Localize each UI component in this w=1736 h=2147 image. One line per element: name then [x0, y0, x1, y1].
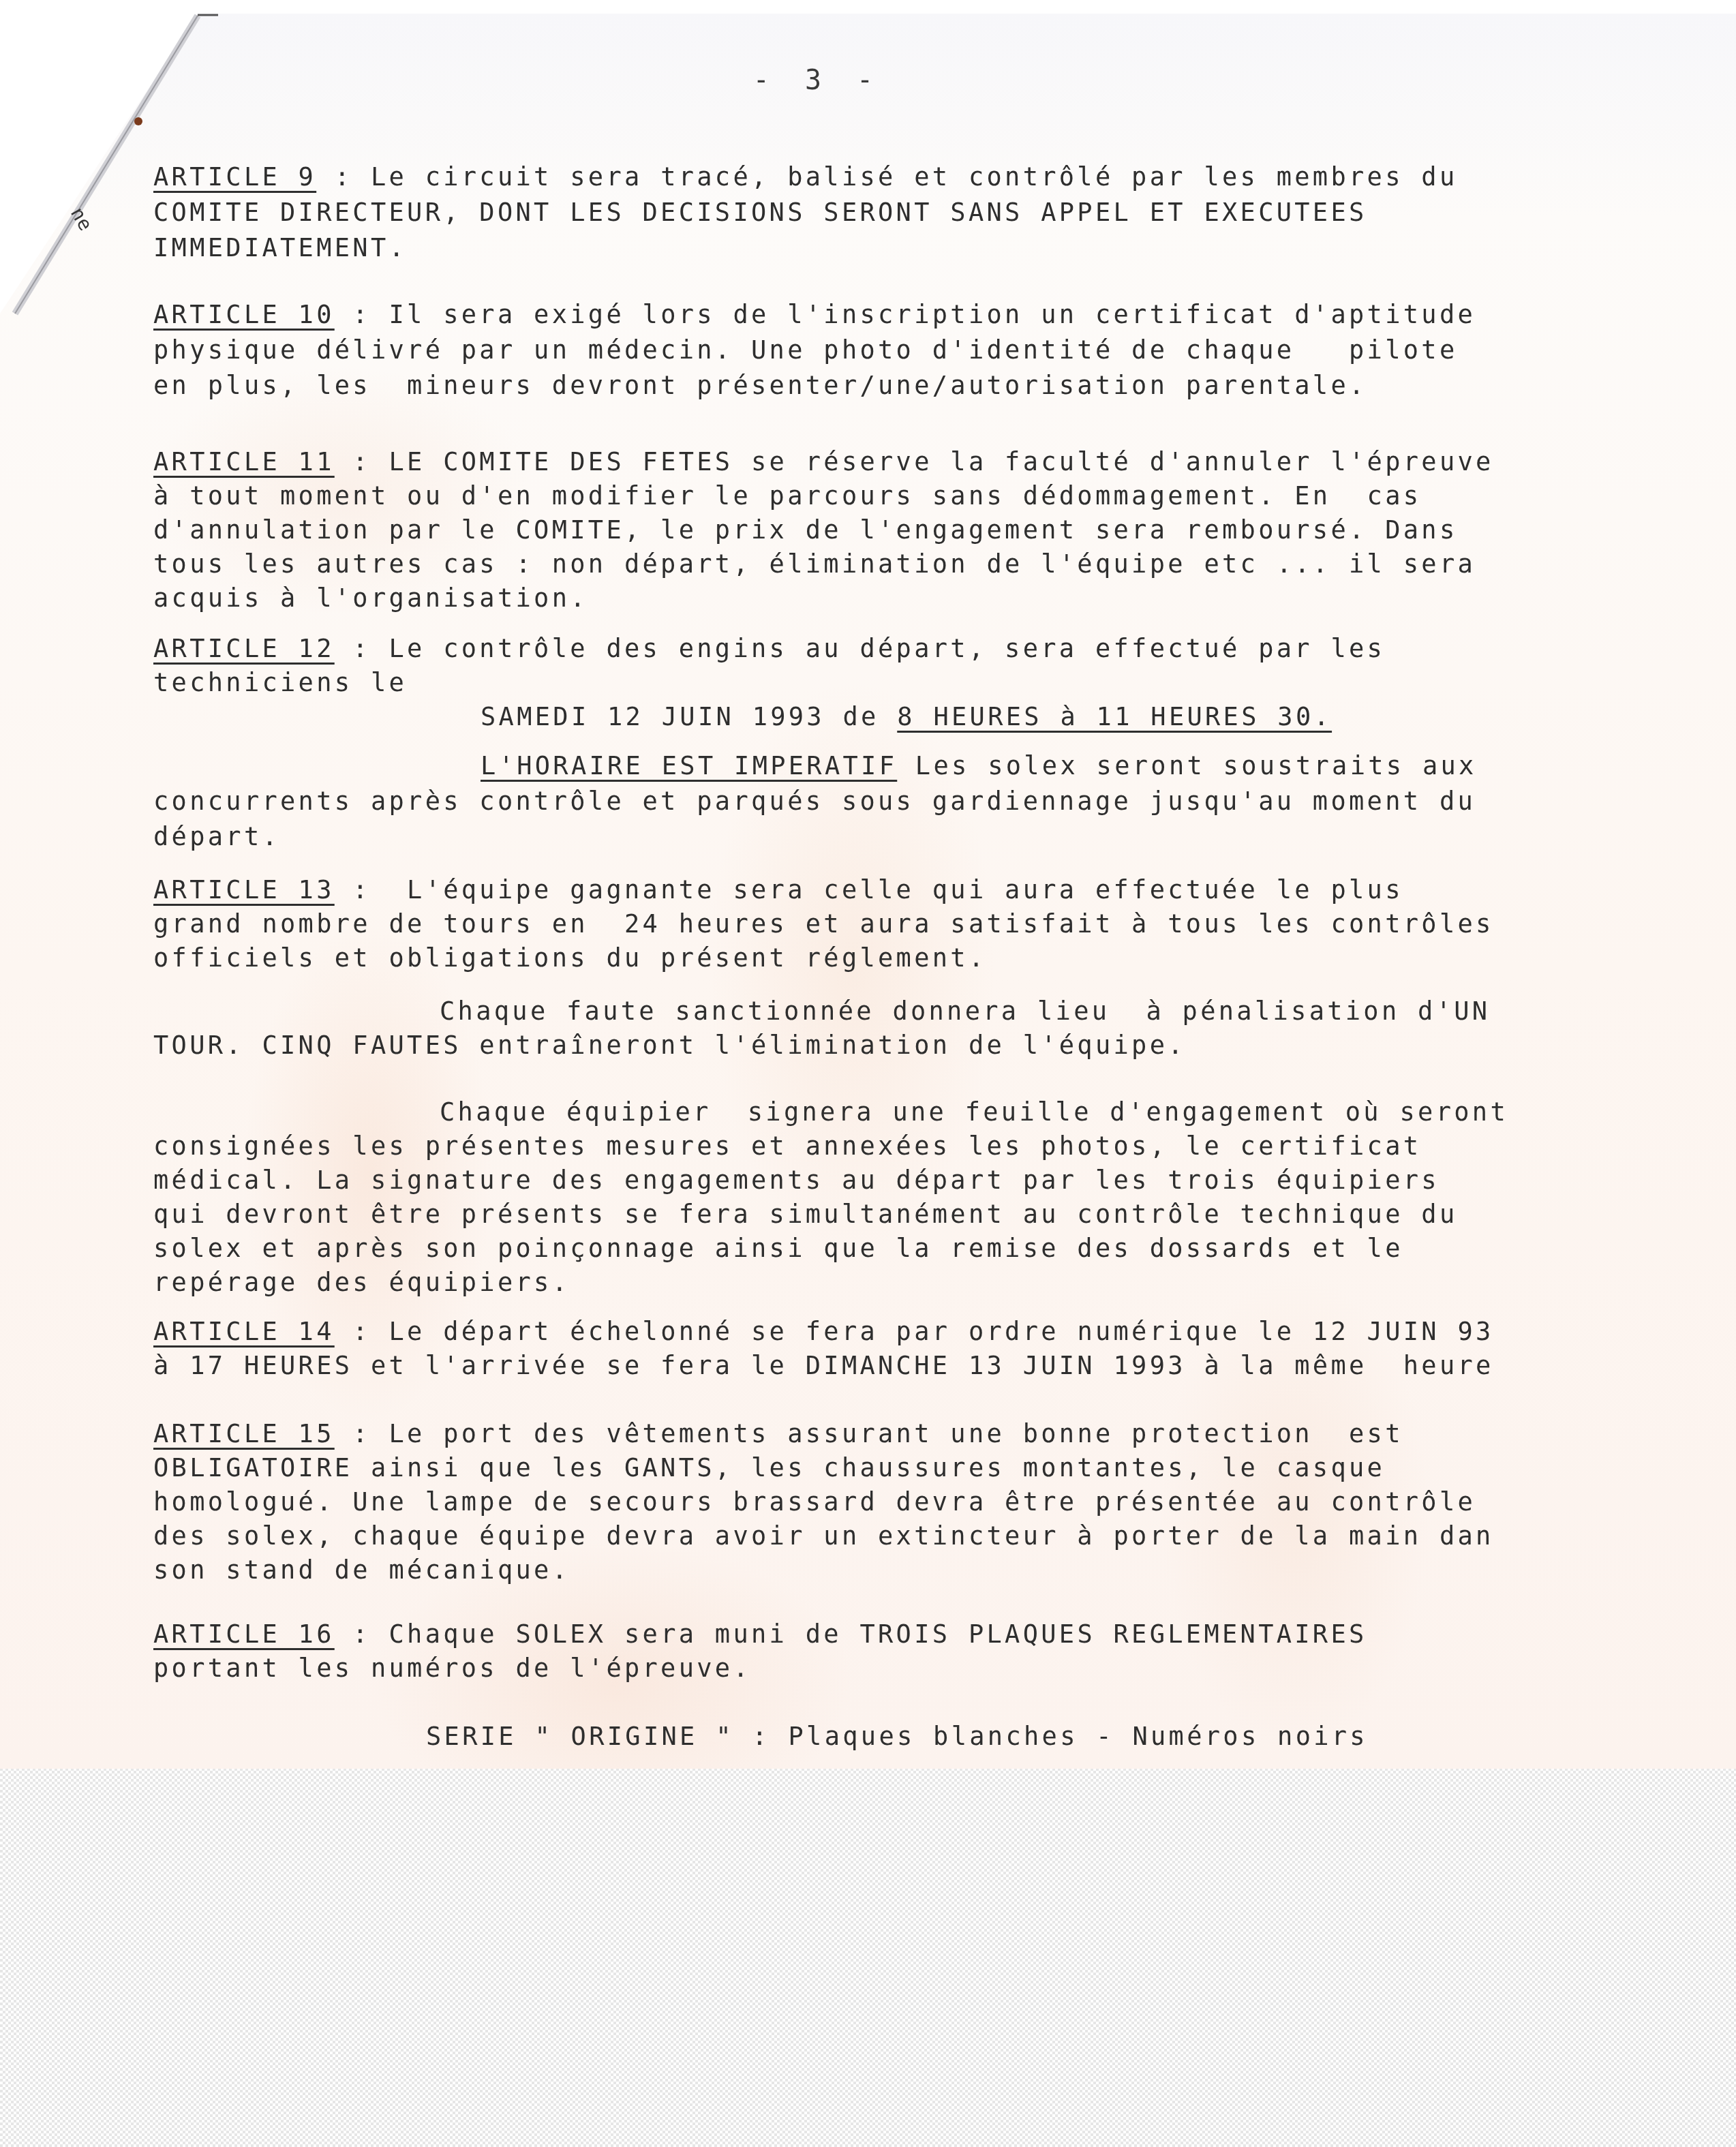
article-line: qui devront être présents se fera simult… — [153, 1200, 1457, 1230]
article-line: tous les autres cas : non départ, élimin… — [153, 549, 1476, 579]
article-heading: ARTICLE 16 — [153, 1619, 335, 1649]
article-heading: ARTICLE 15 — [153, 1419, 335, 1448]
transparent-background — [0, 1765, 1736, 2147]
article-line: solex et après son poinçonnage ainsi que… — [153, 1234, 1403, 1264]
article-line: d'annulation par le COMITE, le prix de l… — [153, 515, 1457, 545]
article-line: départ. — [153, 822, 280, 852]
serie-line: SERIE " ORIGINE " : Plaques blanches - N… — [426, 1722, 1368, 1752]
article-line: portant les numéros de l'épreuve. — [153, 1654, 751, 1684]
notice-line: L'HORAIRE EST IMPERATIF Les solex seront… — [481, 751, 1477, 781]
article-line: ARTICLE 10 : Il sera exigé lors de l'ins… — [153, 300, 1476, 330]
article-line: techniciens le — [153, 668, 407, 698]
article-line: à tout moment ou d'en modifier le parcou… — [153, 481, 1421, 511]
article-line: repérage des équipiers. — [153, 1268, 570, 1298]
schedule-line: SAMEDI 12 JUIN 1993 de 8 HEURES à 11 HEU… — [481, 702, 1332, 732]
article-line: consignées les présentes mesures et anne… — [153, 1131, 1421, 1161]
article-line: son stand de mécanique. — [153, 1555, 570, 1585]
article-heading: ARTICLE 13 — [153, 875, 335, 904]
article-heading: ARTICLE 10 — [153, 300, 335, 329]
article-line: ARTICLE 15 : Le port des vêtements assur… — [153, 1419, 1403, 1449]
article-line: COMITE DIRECTEUR, DONT LES DECISIONS SER… — [153, 198, 1367, 228]
notice-emphasis: L'HORAIRE EST IMPERATIF — [481, 751, 897, 780]
article-line: IMMEDIATEMENT. — [153, 233, 407, 263]
article-line: en plus, les mineurs devront présenter/u… — [153, 371, 1367, 401]
article-line: concurrents après contrôle et parqués so… — [153, 787, 1476, 817]
page-number: - 3 - — [736, 65, 900, 96]
article-line: ARTICLE 14 : Le départ échelonné se fera… — [153, 1317, 1494, 1347]
article-line: ARTICLE 9 : Le circuit sera tracé, balis… — [153, 162, 1457, 192]
article-line: ARTICLE 16 : Chaque SOLEX sera muni de T… — [153, 1619, 1367, 1649]
article-line: ARTICLE 13 : L'équipe gagnante sera cell… — [153, 875, 1403, 905]
article-line: Chaque faute sanctionnée donnera lieu à … — [440, 996, 1490, 1026]
schedule-hours: 8 HEURES à 11 HEURES 30. — [897, 702, 1332, 731]
article-line: OBLIGATOIRE ainsi que les GANTS, les cha… — [153, 1453, 1385, 1483]
article-line: officiels et obligations du présent régl… — [153, 943, 987, 973]
article-heading: ARTICLE 12 — [153, 634, 335, 663]
article-line: homologué. Une lampe de secours brassard… — [153, 1487, 1476, 1517]
article-line: Chaque équipier signera une feuille d'en… — [440, 1097, 1508, 1127]
article-heading: ARTICLE 14 — [153, 1317, 335, 1346]
article-line: à 17 HEURES et l'arrivée se fera le DIMA… — [153, 1351, 1494, 1381]
article-line: ARTICLE 12 : Le contrôle des engins au d… — [153, 634, 1385, 664]
article-line: grand nombre de tours en 24 heures et au… — [153, 909, 1494, 939]
article-heading: ARTICLE 9 — [153, 162, 316, 192]
article-heading: ARTICLE 11 — [153, 447, 335, 476]
article-line: TOUR. CINQ FAUTES entraîneront l'élimina… — [153, 1031, 1186, 1061]
article-line: ARTICLE 11 : LE COMITE DES FETES se rése… — [153, 447, 1494, 477]
article-line: physique délivré par un médecin. Une pho… — [153, 335, 1457, 365]
article-line: médical. La signature des engagements au… — [153, 1166, 1440, 1196]
article-line: acquis à l'organisation. — [153, 583, 588, 613]
article-line: des solex, chaque équipe devra avoir un … — [153, 1521, 1494, 1551]
